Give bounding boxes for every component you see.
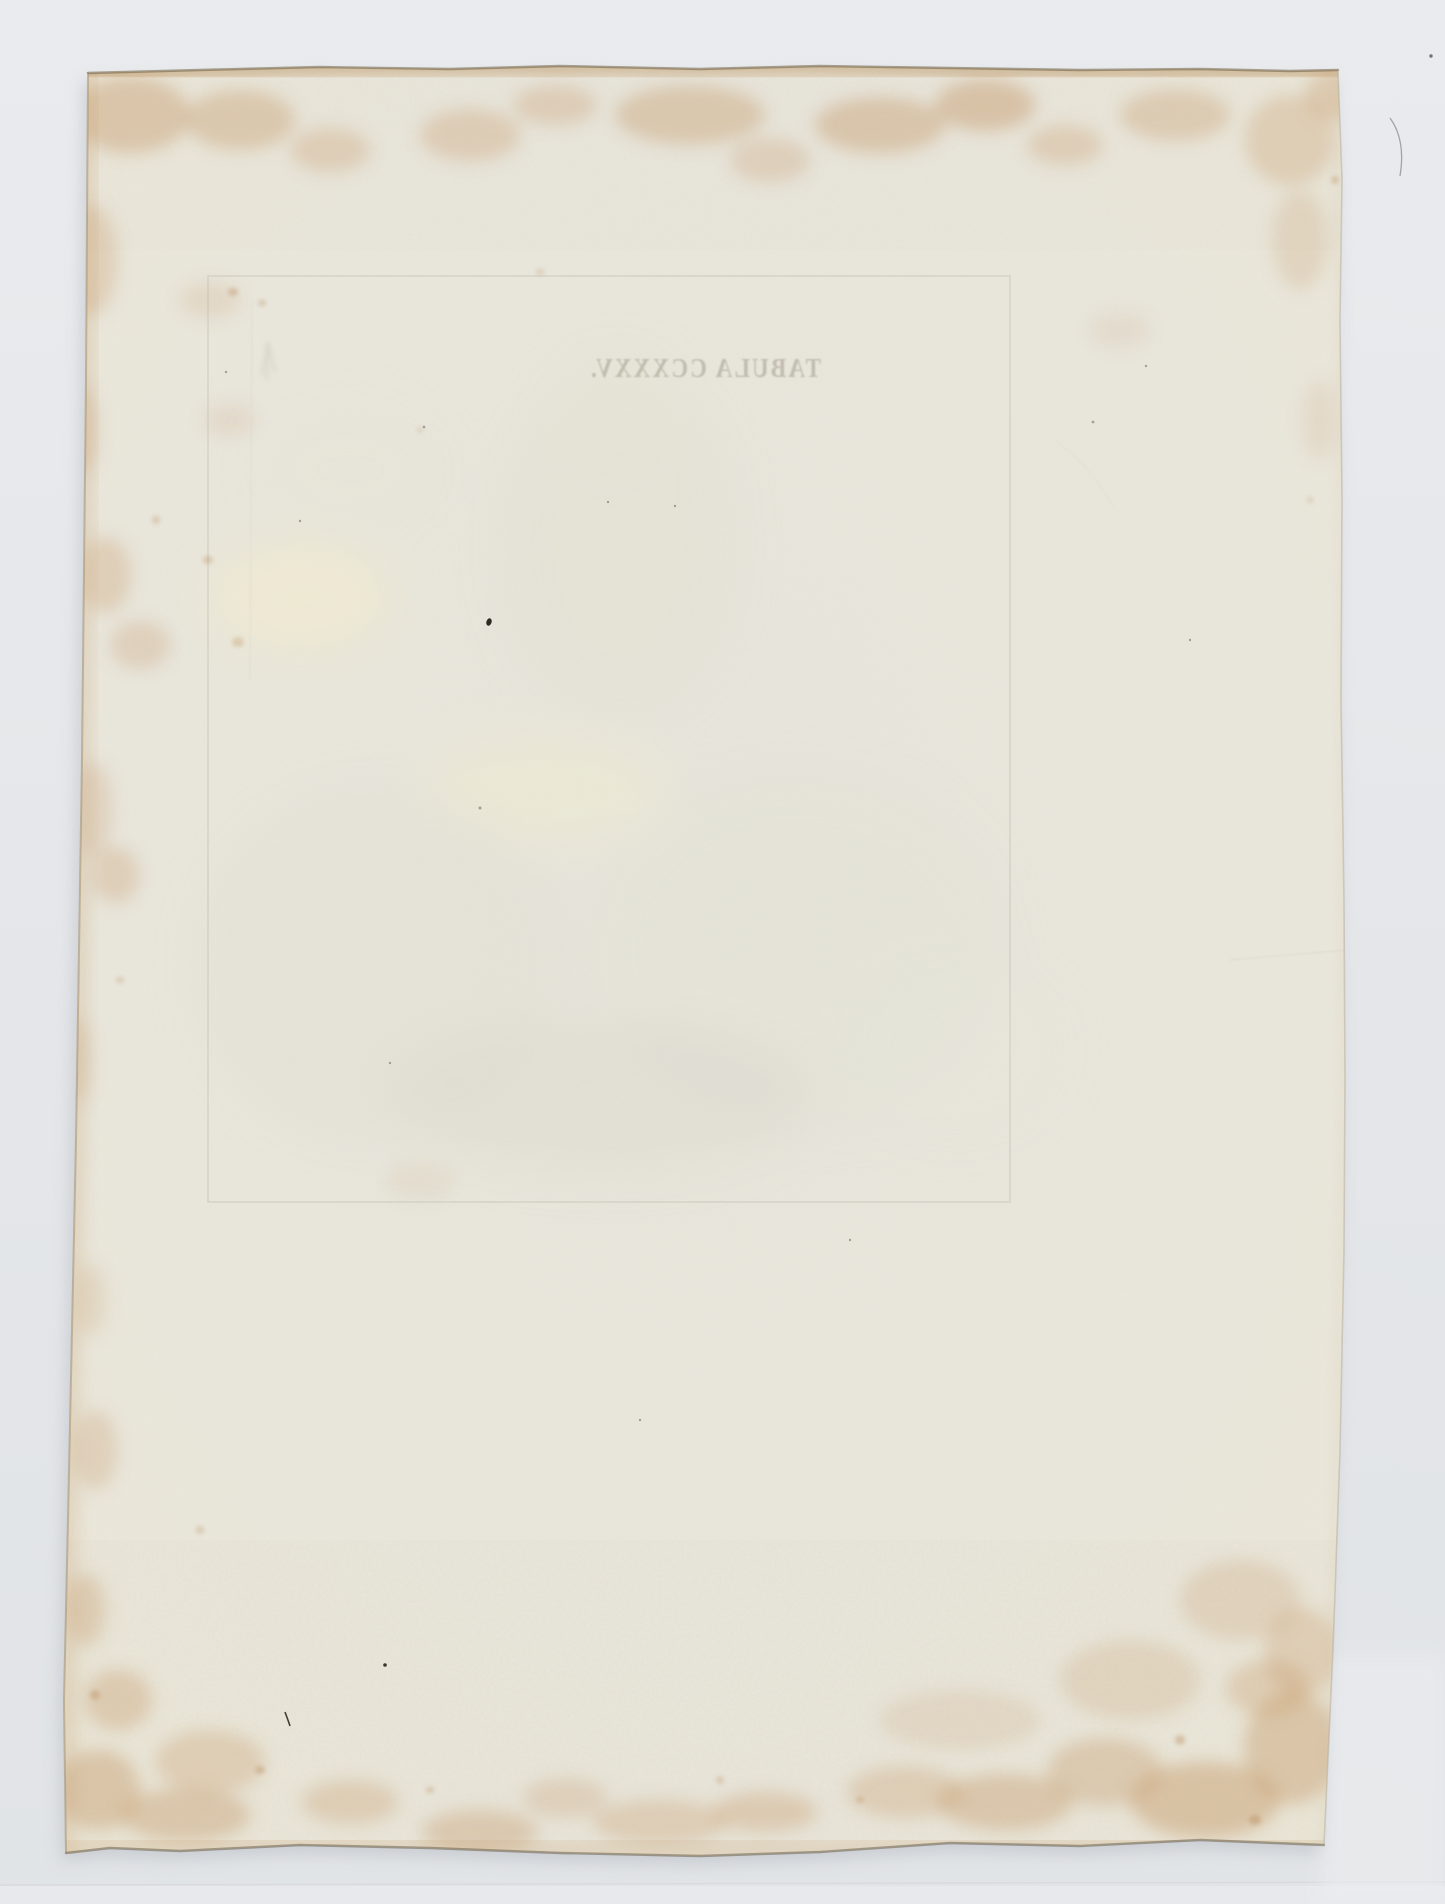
photo-canvas: TABULA CCXXXV.	[0, 0, 1445, 1904]
backdrop-bottom-strip	[0, 1886, 1445, 1904]
ghost-plate-title: TABULA CCXXXV.	[589, 353, 821, 383]
backdrop-light-patch	[1322, 1655, 1445, 1904]
backdrop-speck	[1429, 54, 1432, 57]
photo-stage: TABULA CCXXXV.	[0, 0, 1445, 1904]
